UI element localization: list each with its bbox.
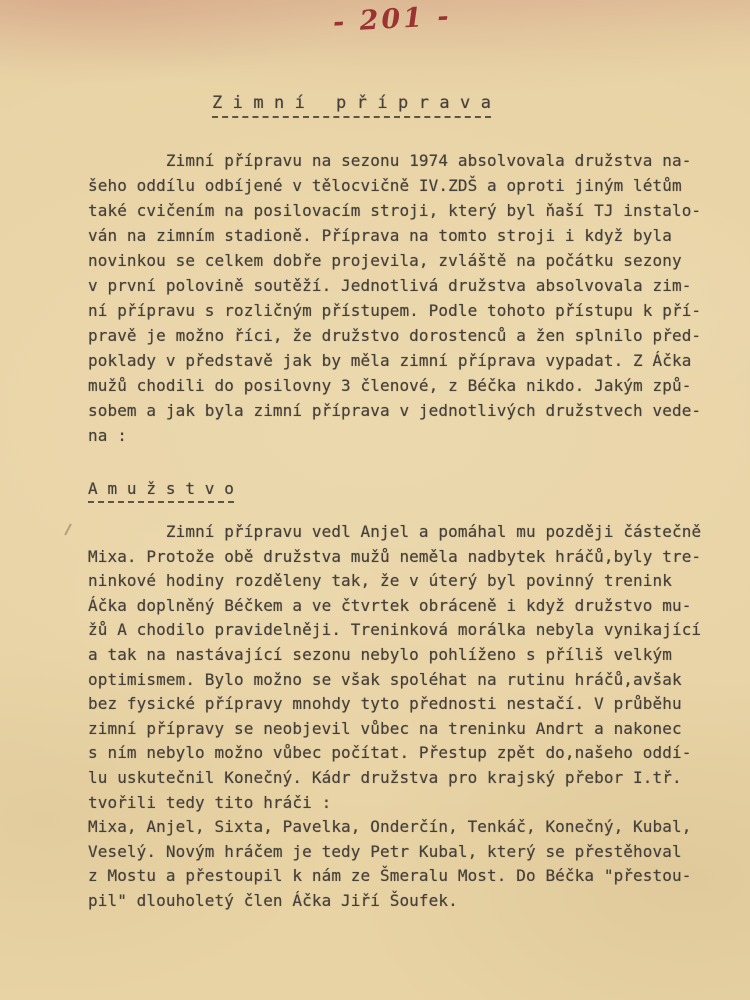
section-a-paragraph: Zimní přípravu vedl Anjel a pomáhal mu p…: [88, 520, 710, 914]
pen-scratch-mark: [64, 523, 72, 535]
intro-paragraph: Zimní přípravu na sezonu 1974 absolvoval…: [88, 148, 710, 448]
handwritten-page-number: - 201 -: [332, 1, 452, 38]
document-title: Z i m n í p ř í p r a v a: [212, 93, 491, 118]
scanned-document-page: - 201 - Z i m n í p ř í p r a v a Zimní …: [0, 0, 750, 1000]
section-heading-a-muzstvo: A m u ž s t v o: [88, 479, 234, 503]
